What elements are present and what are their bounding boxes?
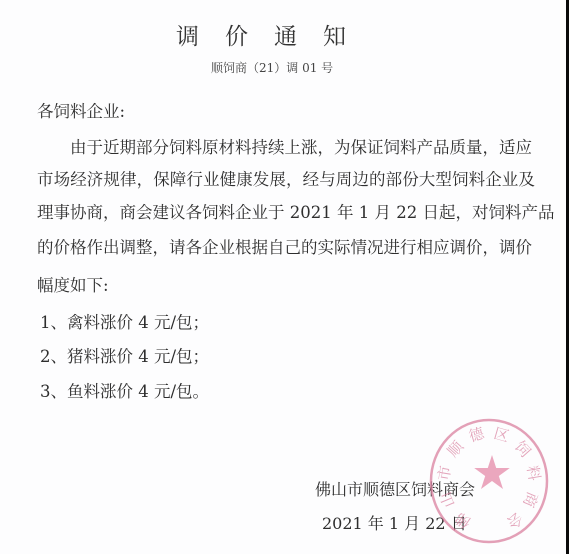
price-list-item: 3、鱼料涨价 4 元/包。 <box>40 382 209 402</box>
seal-character: 顺 <box>444 437 468 461</box>
signature-date: 2021 年 1 月 22 日 <box>322 514 467 534</box>
scan-edge <box>566 0 569 554</box>
page-title: 调价通知 <box>176 18 361 51</box>
seal-character: 料 <box>523 464 543 482</box>
seal-character: 商 <box>519 489 541 510</box>
seal-character: 德 <box>467 424 487 446</box>
seal-character: 饲 <box>511 438 534 461</box>
body-line: 市场经济规律，保障行业健康发展，经与周边的部份大型饲料企业及 <box>37 170 535 190</box>
price-list-item: 2、猪料涨价 4 元/包； <box>40 347 209 367</box>
salutation: 各饲料企业: <box>37 102 125 122</box>
body-line: 理事协商，商会建议各饲料企业于 2021 年 1 月 22 日起，对饲料产品 <box>37 203 554 223</box>
seal-character: 区 <box>492 424 511 445</box>
body-line: 幅度如下: <box>37 276 109 296</box>
document-number: 顺饲商（21）调 01 号 <box>211 59 333 76</box>
body-line: 由于近期部分饲料原材料持续上涨，为保证饲料产品质量，适应 <box>70 138 532 158</box>
seal-character: 会 <box>503 509 526 532</box>
signature-organization: 佛山市顺德区饲料商会 <box>315 480 475 500</box>
document-page: 调价通知 顺饲商（21）调 01 号 各饲料企业: 由于近期部分饲料原材料持续上… <box>0 0 569 554</box>
body-line: 的价格作出调整，请各企业根据自己的实际情况进行相应调价，调价 <box>37 238 532 258</box>
star-icon <box>474 455 510 489</box>
price-list-item: 1、禽料涨价 4 元/包； <box>40 313 209 333</box>
